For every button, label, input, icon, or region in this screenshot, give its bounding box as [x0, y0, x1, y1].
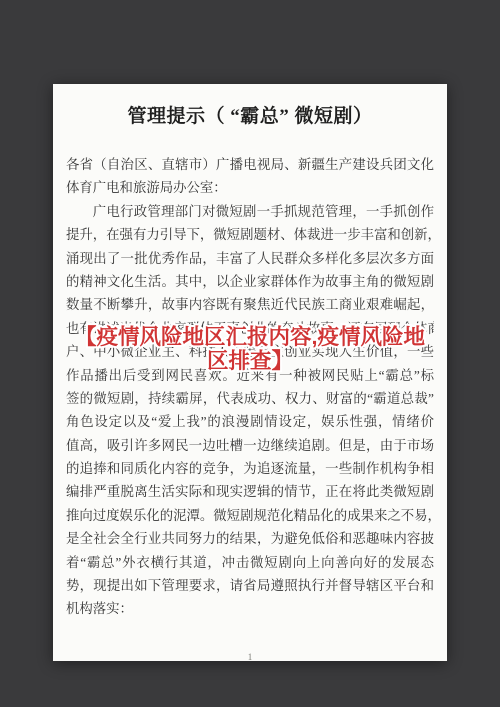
overlay-line: 【疫情风险地区汇报内容,疫情风险地 【疫情风险地区汇报内容,疫情风险地 [0, 326, 500, 350]
watermark-overlay: 【疫情风险地区汇报内容,疫情风险地 【疫情风险地区汇报内容,疫情风险地 区排查】… [0, 326, 500, 373]
document-line: 编排严重脱离生活实际和现实逻辑的情节，正在将此类微短剧 [66, 480, 434, 503]
page-title: 管理提示（ “霸总” 微短剧） [53, 105, 447, 129]
document-line: 体育广电和旅游局办公室： [66, 176, 434, 199]
document-line: 数量不断攀升，故事内容既有聚焦近代民族工商业艰难崛起， [66, 293, 434, 316]
document-line: 着“霸总”外衣横行其道，冲击微短剧向上向善向好的发展态 [66, 551, 434, 574]
document-line: 势，现提出如下管理要求，请省局遵照执行并督导辖区平台和 [66, 574, 434, 597]
document-line: 机构落实： [66, 597, 434, 620]
document-line: 的精神文化生活。其中，以企业家群体作为故事主角的微短剧 [66, 270, 434, 293]
document-line: 各省（自治区、直辖市）广播电视局、新疆生产建设兵团文化 [66, 153, 434, 176]
overlay-fill: 区排查】 [207, 349, 293, 373]
page-number: 1 [53, 652, 447, 662]
document-line: 值高，吸引许多网民一边吐槽一边继续追剧。但是，由于市场 [66, 434, 434, 457]
document-body: 各省（自治区、直辖市）广播电视局、新疆生产建设兵团文化 体育广电和旅游局办公室：… [66, 153, 434, 621]
document-line: 广电行政管理部门对微短剧一手抓规范管理，一手抓创作 [66, 200, 434, 223]
viewer-canvas: { "frame": { "background": "#3a3a3c", "p… [0, 0, 500, 707]
document-line: 角色设定以及“爱上我”的浪漫剧情设定，娱乐性强，情绪价 [66, 410, 434, 433]
document-line: 是全社会全行业共同努力的结果，为避免低俗和恶趣味内容披 [66, 527, 434, 550]
document-line: 提升，在强有力引导下，微短剧题材、体裁进一步丰富和创新， [66, 223, 434, 246]
document-line: 涌现出了一批优秀作品，丰富了人民群众多样化多层次多方面 [66, 247, 434, 270]
document-line: 签的微短剧，持续霸屏，代表成功、权力、财富的“霸道总裁” [66, 387, 434, 410]
document-line: 的追捧和同质化内容的竞争，为追逐流量，一些制作机构争相 [66, 457, 434, 480]
document-line: 推向过度娱乐化的泥潭。微短剧规范化精品化的成果来之不易， [66, 504, 434, 527]
overlay-line: 区排查】 区排查】 [0, 350, 500, 374]
overlay-fill: 【疫情风险地区汇报内容,疫情风险地 [75, 325, 425, 349]
